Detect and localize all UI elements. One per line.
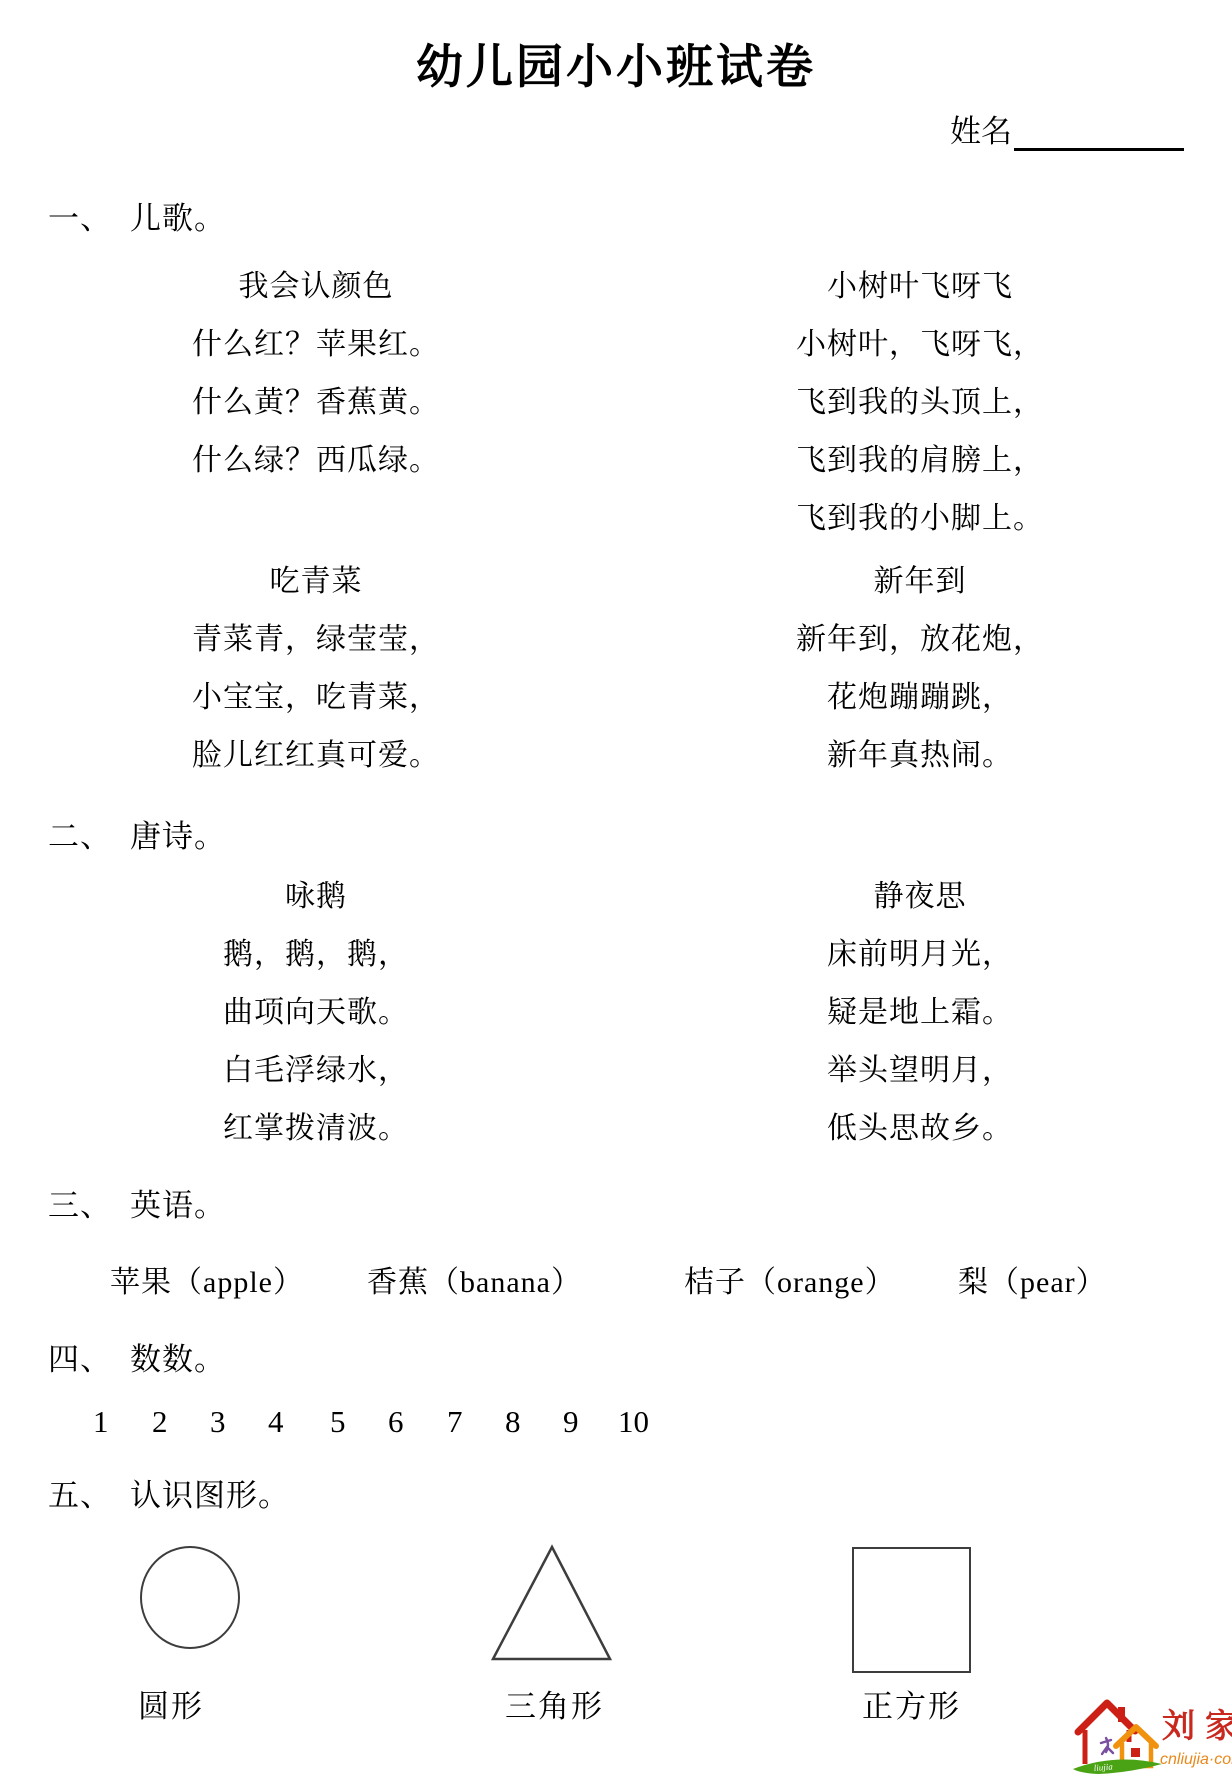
poem-line: 白毛浮绿水， <box>190 1042 442 1100</box>
poem-line: 飞到我的头顶上， <box>794 374 1046 432</box>
section-number: 四、 <box>48 1334 130 1379</box>
english-word-apple: 苹果（apple） <box>110 1257 304 1301</box>
number-item: 2 <box>152 1404 168 1440</box>
section-label: 唐诗。 <box>130 819 226 854</box>
section-heading-shapes: 五、认识图形。 <box>48 1470 290 1515</box>
poem-line: 疑是地上霜。 <box>794 984 1046 1042</box>
poem-line: 新年真热闹。 <box>794 727 1046 785</box>
section-label: 数数。 <box>130 1342 226 1377</box>
rhyme-poem-colors: 我会认颜色 什么红？苹果红。 什么黄？香蕉黄。 什么绿？西瓜绿。 <box>190 258 442 490</box>
triangle-shape <box>490 1544 613 1662</box>
name-blank-line <box>1014 112 1184 151</box>
poem-line: 红掌拨清波。 <box>190 1100 442 1158</box>
section-label: 儿歌。 <box>130 201 226 236</box>
section-number: 三、 <box>48 1180 130 1225</box>
name-field: 姓名 <box>950 106 1184 151</box>
section-number: 一、 <box>48 193 130 238</box>
poem-line: 小树叶，飞呀飞， <box>794 316 1046 374</box>
poem-title: 咏鹅 <box>190 868 442 926</box>
grass-script-text: liujia <box>1093 1761 1113 1773</box>
poem-line: 脸儿红红真可爱。 <box>190 727 442 785</box>
poem-line: 什么红？苹果红。 <box>190 316 442 374</box>
poem-line: 什么黄？香蕉黄。 <box>190 374 442 432</box>
tang-poem-ode-to-goose: 咏鹅 鹅，鹅，鹅， 曲项向天歌。 白毛浮绿水， 红掌拨清波。 <box>190 868 442 1158</box>
poem-line: 曲项向天歌。 <box>190 984 442 1042</box>
poem-line: 鹅，鹅，鹅， <box>190 926 442 984</box>
number-item: 7 <box>447 1404 463 1440</box>
poem-line: 低头思故乡。 <box>794 1100 1046 1158</box>
page-title: 幼儿园小小班试卷 <box>0 30 1232 97</box>
tang-poem-quiet-night-thoughts: 静夜思 床前明月光， 疑是地上霜。 举头望明月， 低头思故乡。 <box>794 868 1046 1158</box>
section-number: 五、 <box>48 1470 130 1515</box>
poem-title: 新年到 <box>794 553 1046 611</box>
section-heading-english: 三、英语。 <box>48 1180 226 1225</box>
section-label: 英语。 <box>130 1188 226 1223</box>
liujia-house-icon: liujia <box>1073 1703 1162 1774</box>
number-item: 4 <box>268 1404 284 1440</box>
section-number: 二、 <box>48 811 130 856</box>
circle-shape <box>140 1546 240 1649</box>
number-item: 8 <box>505 1404 521 1440</box>
poem-line: 床前明月光， <box>794 926 1046 984</box>
shape-label-square: 正方形 <box>862 1681 961 1726</box>
number-item: 10 <box>618 1404 649 1440</box>
number-item: 1 <box>93 1404 109 1440</box>
english-word-banana: 香蕉（banana） <box>367 1257 582 1301</box>
number-item: 5 <box>330 1404 346 1440</box>
test-paper-page: 幼儿园小小班试卷 姓名 一、儿歌。 二、唐诗。 三、英语。 四、数数。 五、认识… <box>0 0 1232 1776</box>
site-url-text: cnliujia·com <box>1160 1751 1232 1768</box>
name-label: 姓名 <box>950 106 1012 151</box>
number-item: 9 <box>563 1404 579 1440</box>
poem-line: 飞到我的肩膀上， <box>794 432 1046 490</box>
poem-line: 什么绿？西瓜绿。 <box>190 432 442 490</box>
poem-line: 新年到，放花炮， <box>794 611 1046 669</box>
poem-line: 青菜青，绿莹莹， <box>190 611 442 669</box>
section-heading-counting: 四、数数。 <box>48 1334 226 1379</box>
poem-line: 举头望明月， <box>794 1042 1046 1100</box>
brand-text: 刘家 <box>1162 1708 1232 1745</box>
english-word-orange: 桔子（orange） <box>684 1257 896 1301</box>
english-word-pear: 梨（pear） <box>958 1257 1107 1301</box>
section-heading-tang-poems: 二、唐诗。 <box>48 811 226 856</box>
number-item: 3 <box>210 1404 226 1440</box>
poem-title: 小树叶飞呀飞 <box>794 258 1046 316</box>
rhyme-poem-new-year: 新年到 新年到，放花炮， 花炮蹦蹦跳， 新年真热闹。 <box>794 553 1046 785</box>
poem-line: 小宝宝，吃青菜， <box>190 669 442 727</box>
cnliujia-watermark-logo: liujia 刘家 cnliujia·com <box>1070 1698 1232 1776</box>
rhyme-poem-eat-greens: 吃青菜 青菜青，绿莹莹， 小宝宝，吃青菜， 脸儿红红真可爱。 <box>190 553 442 785</box>
section-heading-rhymes: 一、儿歌。 <box>48 193 226 238</box>
poem-title: 吃青菜 <box>190 553 442 611</box>
poem-line: 花炮蹦蹦跳， <box>794 669 1046 727</box>
number-item: 6 <box>388 1404 404 1440</box>
shape-label-circle: 圆形 <box>138 1681 204 1726</box>
poem-title: 静夜思 <box>794 868 1046 926</box>
section-label: 认识图形。 <box>130 1478 290 1513</box>
poem-title: 我会认颜色 <box>190 258 442 316</box>
poem-line: 飞到我的小脚上。 <box>794 490 1046 548</box>
square-shape <box>852 1547 971 1673</box>
shape-label-triangle: 三角形 <box>505 1681 604 1726</box>
rhyme-poem-little-leaf: 小树叶飞呀飞 小树叶，飞呀飞， 飞到我的头顶上， 飞到我的肩膀上， 飞到我的小脚… <box>794 258 1046 548</box>
